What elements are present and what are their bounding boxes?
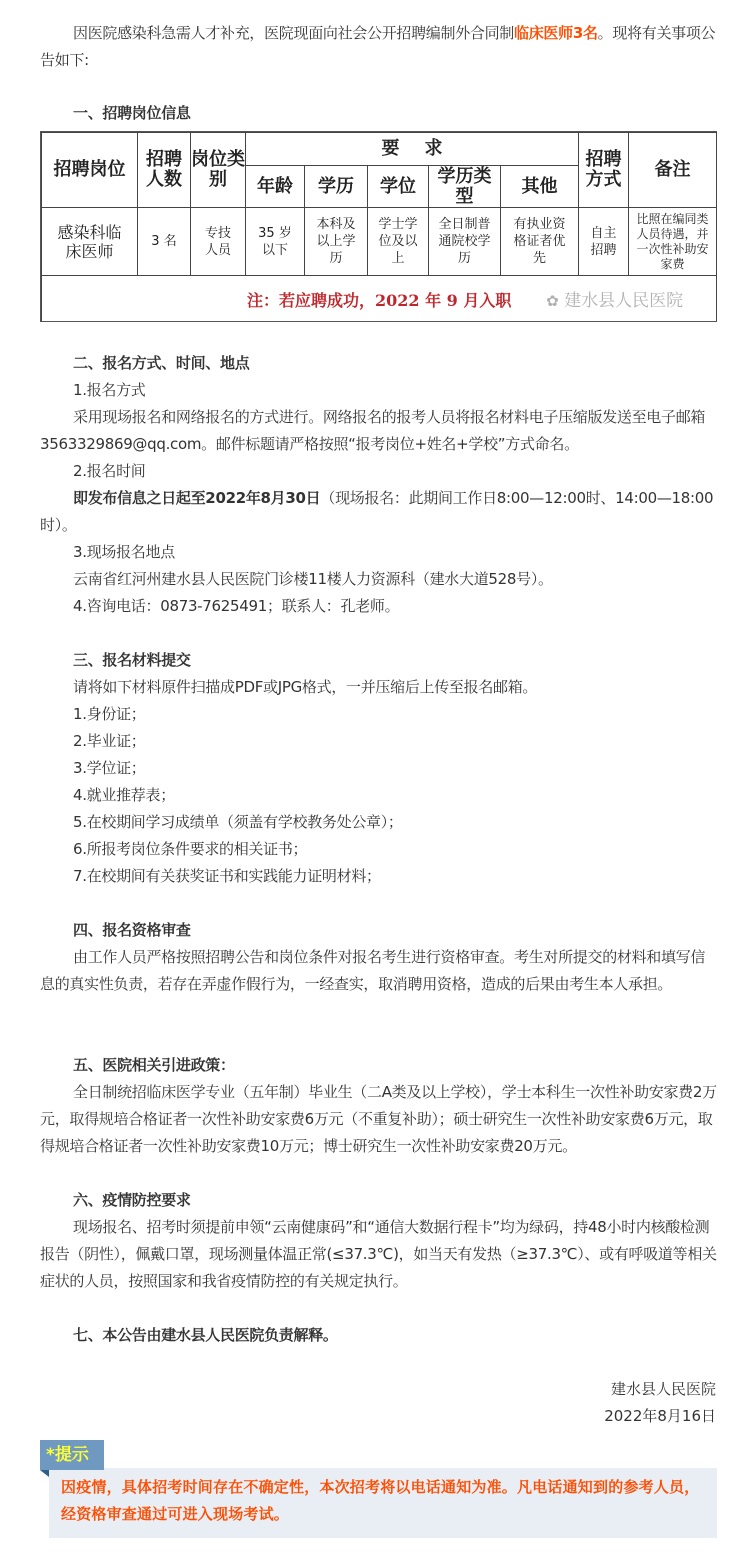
section4-title: 四、报名资格审查	[40, 917, 717, 944]
tip-badge: *提示	[40, 1440, 104, 1470]
material-item: 7.在校期间有关获奖证书和实践能力证明材料；	[40, 863, 717, 890]
header-position: 招聘岗位	[42, 133, 138, 208]
material-item: 3.学位证；	[40, 755, 717, 782]
material-item: 2.毕业证；	[40, 728, 717, 755]
header-age: 年龄	[246, 166, 305, 208]
section2-method-text: 采用现场报名和网络报名的方式进行。网络报名的报考人员将报名材料电子压缩版发送至电…	[40, 404, 717, 458]
time-bold: 即发布信息之日起至2022年8月30日	[73, 489, 320, 507]
intro-paragraph: 因医院感染科急需人才补充，医院现面向社会公开招聘编制外合同制临床医师3名。现将有…	[40, 20, 717, 74]
section2-sub1: 1.报名方式	[40, 377, 717, 404]
section3-intro: 请将如下材料原件扫描成PDF或JPG格式，一并压缩后上传至报名邮箱。	[40, 674, 717, 701]
material-item: 4.就业推荐表；	[40, 782, 717, 809]
wechat-watermark: ✿ 建水县人民医院	[546, 291, 683, 311]
section1-title: 一、招聘岗位信息	[40, 100, 717, 127]
section6-title: 六、疫情防控要求	[40, 1187, 717, 1214]
section2-address: 云南省红河州建水县人民医院门诊楼11楼人力资源科（建水大道528号）。	[40, 566, 717, 593]
header-method: 招聘方式	[579, 133, 629, 208]
cell-method: 自主招聘	[579, 208, 629, 276]
header-remark: 备注	[629, 133, 717, 208]
recruitment-table-image: 招聘岗位 招聘人数 岗位类别 要 求 招聘方式 备注 年龄 学历 学位 学历类型…	[40, 131, 717, 322]
section2-time: 即发布信息之日起至2022年8月30日（现场报名：此期间工作日8:00—12:0…	[40, 485, 717, 539]
section4-text: 由工作人员严格按照招聘公告和岗位条件对报名考生进行资格审查。考生对所提交的材料和…	[40, 944, 717, 998]
section3-title: 三、报名材料提交	[40, 647, 717, 674]
intro-highlight: 临床医师3名	[514, 24, 598, 42]
cell-category: 专技人员	[191, 208, 246, 276]
header-requirements: 要 求	[246, 133, 579, 166]
tip-corner-fold	[40, 1470, 49, 1477]
cell-position: 感染科临床医师	[42, 208, 138, 276]
signature-org: 建水县人民医院	[611, 1376, 716, 1403]
cell-age: 35 岁以下	[246, 208, 305, 276]
cell-degree: 学士学位及以上	[368, 208, 429, 276]
header-degree: 学位	[368, 166, 429, 208]
header-edu-type: 学历类型	[429, 166, 501, 208]
section2-title: 二、报名方式、时间、地点	[40, 350, 717, 377]
section6-text: 现场报名、招考时须提前申领“云南健康码”和“通信大数据行程卡”均为绿码，持48小…	[40, 1214, 717, 1295]
section2-sub3: 3.现场报名地点	[40, 539, 717, 566]
section5-text: 全日制统招临床医学专业（五年制）毕业生（二A类及以上学校），学士本科生一次性补助…	[40, 1079, 717, 1160]
cell-count: 3 名	[138, 208, 191, 276]
material-item: 6.所报考岗位条件要求的相关证书；	[40, 836, 717, 863]
table-note: 注：若应聘成功，2022 年 9 月入职	[247, 291, 511, 310]
header-education: 学历	[305, 166, 368, 208]
signature-date: 2022年8月16日	[604, 1403, 716, 1430]
table-note-cell: 注：若应聘成功，2022 年 9 月入职 ✿ 建水县人民医院	[42, 276, 717, 322]
wechat-icon: ✿	[546, 292, 559, 310]
section2-contact: 4.咨询电话：0873-7625491；联系人：孔老师。	[40, 593, 717, 620]
watermark-text: 建水县人民医院	[564, 291, 683, 311]
section7-title: 七、本公告由建水县人民医院负责解释。	[40, 1322, 717, 1349]
material-item: 1.身份证；	[40, 701, 717, 728]
header-count: 招聘人数	[138, 133, 191, 208]
intro-text: 因医院感染科急需人才补充，医院现面向社会公开招聘编制外合同制	[73, 24, 514, 42]
cell-education: 本科及以上学历	[305, 208, 368, 276]
section2-sub2: 2.报名时间	[40, 458, 717, 485]
tip-text: 因疫情，具体招考时间存在不确定性，本次招考将以电话通知为准。凡电话通知到的参考人…	[61, 1474, 711, 1528]
cell-remark: 比照在编同类人员待遇，并一次性补助安家费	[629, 208, 717, 276]
cell-other: 有执业资格证者优先	[501, 208, 579, 276]
material-item: 5.在校期间学习成绩单（须盖有学校教务处公章）；	[40, 809, 717, 836]
table-row: 感染科临床医师 3 名 专技人员 35 岁以下 本科及以上学历 学士学位及以上 …	[42, 208, 717, 276]
section5-title: 五、医院相关引进政策：	[40, 1052, 717, 1079]
cell-edu-type: 全日制普通院校学历	[429, 208, 501, 276]
recruitment-table: 招聘岗位 招聘人数 岗位类别 要 求 招聘方式 备注 年龄 学历 学位 学历类型…	[41, 132, 717, 321]
header-category: 岗位类别	[191, 133, 246, 208]
header-other: 其他	[501, 166, 579, 208]
